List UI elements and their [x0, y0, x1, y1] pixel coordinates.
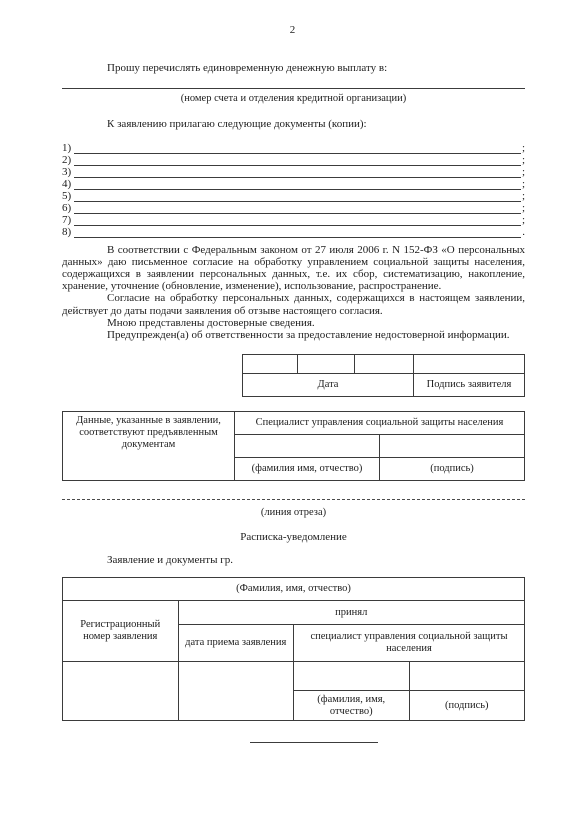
list-item-number: 2): [62, 155, 74, 166]
specialist-name-cell[interactable]: [294, 662, 410, 691]
date-received-label: дата приема заявления: [178, 625, 294, 662]
account-field-caption: (номер счета и отделения кредитной орган…: [62, 93, 525, 105]
document-list-row: 4) ;: [62, 178, 525, 190]
date-cell-3[interactable]: [355, 355, 414, 374]
document-list-row: 7) ;: [62, 214, 525, 226]
document-page: 2 Прошу перечислять единовременную денеж…: [0, 0, 585, 835]
specialist-signature-caption: (подпись): [380, 458, 525, 481]
document-blank-field[interactable]: [74, 215, 521, 226]
document-list-row: 5) ;: [62, 190, 525, 202]
document-blank-field[interactable]: [74, 227, 521, 238]
specialist-name-caption: (фамилия, имя, отчество): [294, 691, 410, 721]
list-item-terminator: ;: [521, 215, 525, 226]
document-blank-field[interactable]: [74, 155, 521, 166]
table-row: [63, 662, 525, 691]
document-list-row: 6) ;: [62, 202, 525, 214]
list-item-terminator: ;: [521, 167, 525, 178]
document-blank-field[interactable]: [74, 191, 521, 202]
verification-note: Данные, указанные в заявлении, соответст…: [63, 412, 235, 481]
date-cell-2[interactable]: [298, 355, 355, 374]
cut-line-dashed: [62, 499, 525, 500]
consent-paragraph: Предупрежден(а) об ответственности за пр…: [62, 329, 525, 341]
account-number-field[interactable]: [62, 74, 525, 89]
documents-list: 1) ; 2) ; 3) ; 4) ; 5) ;: [62, 142, 525, 237]
document-list-row: 8) .: [62, 226, 525, 238]
list-item-terminator: ;: [521, 155, 525, 166]
list-item-terminator: ;: [521, 179, 525, 190]
bottom-blank-line[interactable]: [250, 742, 378, 743]
applicant-signature-cell[interactable]: [414, 355, 525, 374]
document-list-row: 2) ;: [62, 154, 525, 166]
attached-documents-line: К заявлению прилагаю следующие документы…: [62, 118, 525, 130]
list-item-number: 1): [62, 143, 74, 154]
specialist-name-caption: (фамилия имя, отчество): [235, 458, 380, 481]
document-blank-field[interactable]: [74, 143, 521, 154]
table-row: (Фамилия, имя, отчество): [63, 578, 525, 601]
registration-number-label: Регистрационный номер заявления: [63, 601, 179, 662]
list-item-terminator: .: [521, 227, 525, 238]
table-row: [243, 355, 525, 374]
cut-line-caption: (линия отреза): [62, 507, 525, 519]
table-row: Данные, указанные в заявлении, соответст…: [63, 412, 525, 435]
list-item-terminator: ;: [521, 203, 525, 214]
list-item-number: 3): [62, 167, 74, 178]
document-blank-field[interactable]: [74, 203, 521, 214]
applicant-signature-label: Подпись заявителя: [414, 374, 525, 397]
registration-number-cell[interactable]: [63, 662, 179, 721]
list-item-number: 6): [62, 203, 74, 214]
page-content: Прошу перечислять единовременную денежну…: [62, 62, 525, 743]
list-item-number: 4): [62, 179, 74, 190]
consent-paragraph: Согласие на обработку персональных данны…: [62, 292, 525, 316]
receipt-intro-line: Заявление и документы гр.: [62, 554, 525, 566]
accepted-label: принял: [178, 601, 525, 625]
fio-header: (Фамилия, имя, отчество): [63, 578, 525, 601]
consent-paragraph: Мною представлены достоверные сведения.: [62, 317, 525, 329]
document-blank-field[interactable]: [74, 167, 521, 178]
list-item-number: 7): [62, 215, 74, 226]
page-number: 2: [0, 24, 585, 36]
table-row: Дата Подпись заявителя: [243, 374, 525, 397]
receipt-table: (Фамилия, имя, отчество) Регистрационный…: [62, 577, 525, 721]
date-label: Дата: [243, 374, 414, 397]
specialist-label: специалист управления социальной защиты …: [294, 625, 525, 662]
list-item-number: 5): [62, 191, 74, 202]
list-item-number: 8): [62, 227, 74, 238]
specialist-signature-cell[interactable]: [380, 435, 525, 458]
list-item-terminator: ;: [521, 191, 525, 202]
specialist-name-cell[interactable]: [235, 435, 380, 458]
payment-request-line: Прошу перечислять единовременную денежну…: [62, 62, 525, 74]
verification-table: Данные, указанные в заявлении, соответст…: [62, 411, 525, 481]
document-blank-field[interactable]: [74, 179, 521, 190]
consent-section: В соответствии с Федеральным законом от …: [62, 244, 525, 342]
specialist-signature-cell[interactable]: [409, 662, 525, 691]
receipt-notification-title: Расписка-уведомление: [62, 531, 525, 543]
document-list-row: 1) ;: [62, 142, 525, 154]
table-row: Регистрационный номер заявления принял: [63, 601, 525, 625]
specialist-signature-caption: (подпись): [409, 691, 525, 721]
consent-paragraph: В соответствии с Федеральным законом от …: [62, 244, 525, 293]
date-cell-1[interactable]: [243, 355, 298, 374]
list-item-terminator: ;: [521, 143, 525, 154]
document-list-row: 3) ;: [62, 166, 525, 178]
date-received-cell[interactable]: [178, 662, 294, 721]
date-signature-table: Дата Подпись заявителя: [242, 354, 525, 397]
specialist-header: Специалист управления социальной защиты …: [235, 412, 525, 435]
